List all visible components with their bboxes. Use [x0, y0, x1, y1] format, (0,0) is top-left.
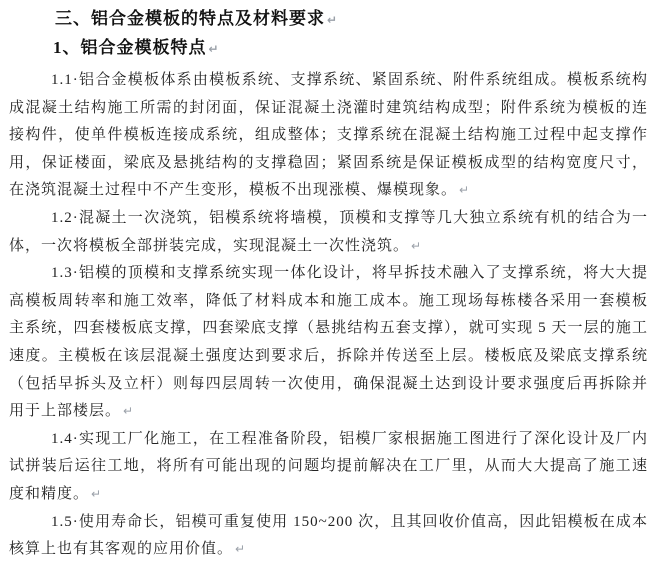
- paragraph-1-1: 1.1·铝合金模板体系由模板系统、支撑系统、紧固系统、附件系统组成。模板系统构成…: [9, 67, 648, 205]
- doc-page: 三、铝合金模板的特点及材料要求↵ 1、铝合金模板特点↵ 1.1·铝合金模板体系由…: [0, 0, 656, 563]
- paragraph-mark-icon: ↵: [233, 542, 245, 556]
- subsection-heading: 1、铝合金模板特点↵: [9, 34, 648, 63]
- paragraph-mark-icon: ↵: [207, 42, 219, 56]
- paragraph-mark-icon: ↵: [409, 239, 421, 253]
- section-heading-text: 三、铝合金模板的特点及材料要求: [55, 9, 325, 28]
- paragraph-text: 1.4·实现工厂化施工，在工程准备阶段，铝模厂家根据施工图进行了深化设计及厂内试…: [9, 431, 648, 502]
- paragraph-1-2: 1.2·混凝土一次浇筑，铝模系统将墙模，顶模和支撑等几大独立系统有机的结合为一体…: [9, 205, 648, 260]
- paragraph-1-3: 1.3·铝模的顶模和支撑系统实现一体化设计，将早拆技术融入了支撑系统，将大大提高…: [9, 260, 648, 426]
- paragraph-text: 1.1·铝合金模板体系由模板系统、支撑系统、紧固系统、附件系统组成。模板系统构成…: [9, 72, 648, 198]
- paragraph-mark-icon: ↵: [89, 487, 101, 501]
- paragraph-mark-icon: ↵: [325, 13, 337, 27]
- paragraph-1-5: 1.5·使用寿命长，铝模可重复使用 150~200 次，且其回收价值高，因此铝模…: [9, 509, 648, 563]
- paragraph-mark-icon: ↵: [121, 404, 133, 418]
- paragraph-1-4: 1.4·实现工厂化施工，在工程准备阶段，铝模厂家根据施工图进行了深化设计及厂内试…: [9, 426, 648, 509]
- subsection-heading-text: 1、铝合金模板特点: [53, 38, 207, 57]
- paragraph-mark-icon: ↵: [457, 183, 469, 197]
- paragraph-text: 1.5·使用寿命长，铝模可重复使用 150~200 次，且其回收价值高，因此铝模…: [9, 514, 648, 558]
- paragraph-text: 1.2·混凝土一次浇筑，铝模系统将墙模，顶模和支撑等几大独立系统有机的结合为一体…: [9, 210, 648, 254]
- section-heading: 三、铝合金模板的特点及材料要求↵: [9, 5, 648, 34]
- paragraph-text: 1.3·铝模的顶模和支撑系统实现一体化设计，将早拆技术融入了支撑系统，将大大提高…: [9, 265, 648, 419]
